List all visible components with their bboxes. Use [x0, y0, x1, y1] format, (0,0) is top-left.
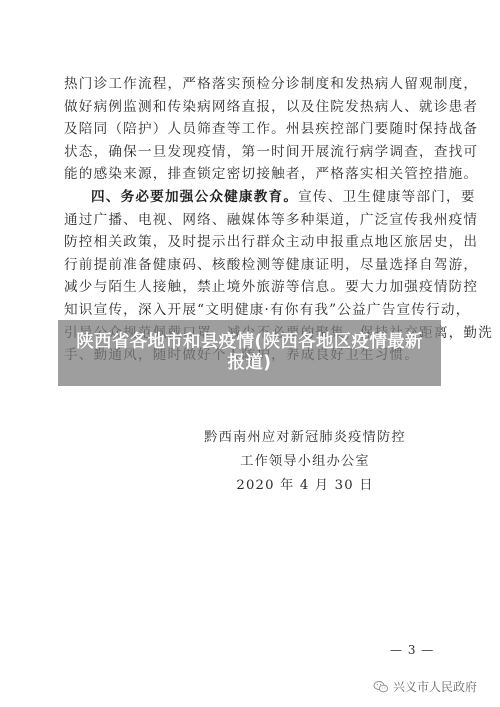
issuing-org-line2: 工作领导小组办公室 — [180, 450, 430, 474]
section-heading: 四、务必要加强公众健康教育。 — [91, 189, 298, 205]
paragraph-line: 行前提前准备健康码、核酸检测等健康证明，尽量选择自驾游， — [64, 254, 436, 277]
issuing-org-line1: 黔西南州应对新冠肺炎疫情防控 — [180, 426, 430, 450]
issue-date: 2020 年 4 月 30 日 — [180, 474, 430, 498]
wechat-icon — [373, 680, 389, 694]
paragraph-line: 做好病例监测和传染病网络直报，以及住院发热病人、就诊患者 — [64, 96, 436, 119]
watermark-label: 兴义市人民政府 — [393, 678, 477, 695]
page-number: — 3 — — [390, 643, 434, 657]
paragraph-line: 知识宣传，深入开展“文明健康·有你有我”公益广告宣传行动， — [64, 299, 436, 322]
source-watermark: 兴义市人民政府 — [373, 678, 477, 695]
title-banner-overlay: 陕西省各地市和县疫情(陕西各地区疫情最新报道) — [58, 320, 441, 386]
section-four-heading-line: 四、务必要加强公众健康教育。宣传、卫生健康等部门，要 — [64, 186, 436, 209]
paragraph-line: 能的感染来源，排查锁定密切接触者，严格落实相关管控措施。 — [64, 163, 436, 186]
banner-title: 陕西省各地市和县疫情(陕西各地区疫情最新报道) — [75, 332, 425, 374]
document-page: 热门诊工作流程，严格落实预检分诊制度和发热病人留观制度， 做好病例监测和传染病网… — [0, 0, 500, 707]
paragraph-line: 减少与陌生人接触，禁止境外旅游等信息。要大力加强疫情防控 — [64, 276, 436, 299]
section-heading-tail: 宣传、卫生健康等部门，要 — [298, 189, 476, 205]
paragraph-line: 防控相关政策，及时提示出行群众主动申报重点地区旅居史，出 — [64, 231, 436, 254]
paragraph-line: 通过广播、电视、网络、融媒体等多种渠道，广泛宣传我州疫情 — [64, 209, 436, 232]
paragraph-line: 及陪同（陪护）人员筛查等工作。州县疾控部门要随时保持战备 — [64, 118, 436, 141]
paragraph-line: 状态，确保一旦发现疫情，第一时间开展流行病学调查，查找可 — [64, 141, 436, 164]
paragraph-line: 热门诊工作流程，严格落实预检分诊制度和发热病人留观制度， — [64, 73, 436, 96]
signature-block: 黔西南州应对新冠肺炎疫情防控 工作领导小组办公室 2020 年 4 月 30 日 — [180, 426, 430, 498]
